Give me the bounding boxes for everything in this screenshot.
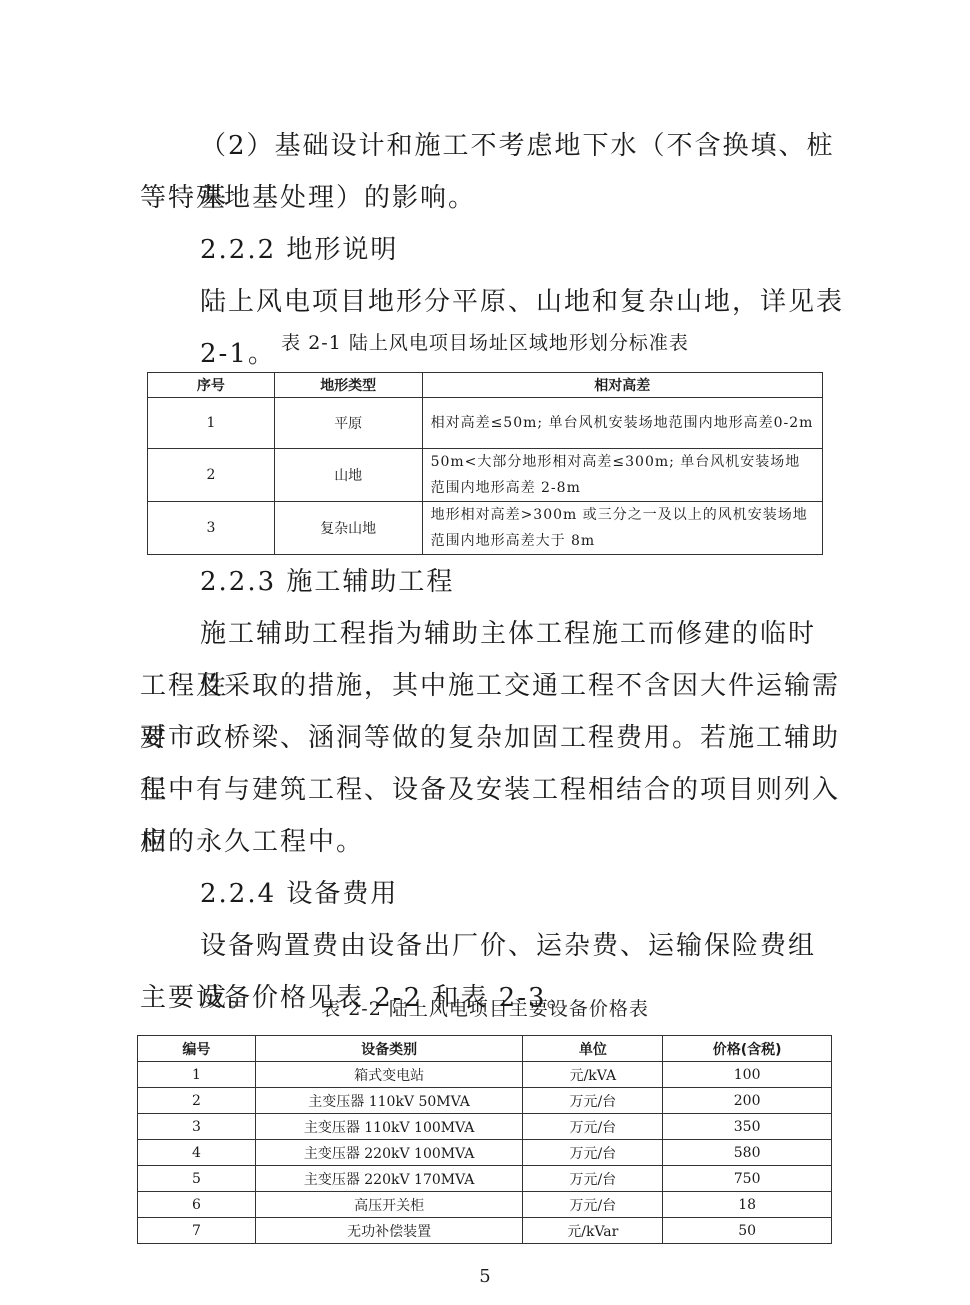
cell-unit: 元/kVA	[523, 1062, 663, 1088]
cell-unit: 万元/台	[523, 1114, 663, 1140]
header-no: 编号	[138, 1036, 256, 1062]
section-heading-2-2-4: 2.2.4 设备费用	[200, 868, 900, 920]
cell-price: 100	[663, 1062, 832, 1088]
cell-no: 3	[138, 1114, 256, 1140]
paragraph-aux-line5: 应的永久工程中。	[140, 816, 840, 868]
equipment-price-table: 编号 设备类别 单位 价格(含税) 1 箱式变电站 元/kVA 100 2 主变…	[137, 1035, 832, 1244]
section-heading-2-2-3: 2.2.3 施工辅助工程	[200, 556, 900, 608]
cell-no: 1	[148, 398, 275, 449]
cell-price: 350	[663, 1114, 832, 1140]
cell-price: 50	[663, 1218, 832, 1244]
header-relative-height: 相对高差	[422, 373, 822, 398]
section-heading-2-2-2: 2.2.2 地形说明	[200, 224, 900, 276]
table-row: 1 平原 相对高差≤50m; 单台风机安装场地范围内地形高差0-2m	[148, 398, 823, 449]
cell-unit: 万元/台	[523, 1088, 663, 1114]
cell-terrain-type: 复杂山地	[274, 502, 422, 555]
table-row: 2 山地 50m<大部分地形相对高差≤300m; 单台风机安装场地范围内地形高差…	[148, 449, 823, 502]
page-number: 5	[0, 1266, 970, 1287]
cell-equipment: 主变压器 110kV 50MVA	[255, 1088, 523, 1114]
cell-no: 2	[148, 449, 275, 502]
cell-unit: 元/kVar	[523, 1218, 663, 1244]
header-unit: 单位	[523, 1036, 663, 1062]
terrain-classification-table: 序号 地形类型 相对高差 1 平原 相对高差≤50m; 单台风机安装场地范围内地…	[147, 372, 823, 555]
table-row: 3 复杂山地 地形相对高差>300m 或三分之一及以上的风机安装场地范围内地形高…	[148, 502, 823, 555]
table-row: 2 主变压器 110kV 50MVA 万元/台 200	[138, 1088, 832, 1114]
cell-equipment: 高压开关柜	[255, 1192, 523, 1218]
cell-terrain-type: 平原	[274, 398, 422, 449]
cell-equipment: 箱式变电站	[255, 1062, 523, 1088]
cell-relative-height: 地形相对高差>300m 或三分之一及以上的风机安装场地范围内地形高差大于 8m	[422, 502, 822, 555]
cell-relative-height: 50m<大部分地形相对高差≤300m; 单台风机安装场地范围内地形高差 2-8m	[422, 449, 822, 502]
cell-price: 200	[663, 1088, 832, 1114]
cell-no: 1	[138, 1062, 256, 1088]
cell-no: 6	[138, 1192, 256, 1218]
header-price: 价格(含税)	[663, 1036, 832, 1062]
cell-unit: 万元/台	[523, 1166, 663, 1192]
cell-equipment: 主变压器 220kV 170MVA	[255, 1166, 523, 1192]
cell-no: 7	[138, 1218, 256, 1244]
cell-unit: 万元/台	[523, 1140, 663, 1166]
cell-no: 5	[138, 1166, 256, 1192]
cell-no: 2	[138, 1088, 256, 1114]
cell-equipment: 无功补偿装置	[255, 1218, 523, 1244]
header-equipment: 设备类别	[255, 1036, 523, 1062]
cell-price: 18	[663, 1192, 832, 1218]
header-terrain-type: 地形类型	[274, 373, 422, 398]
cell-equipment: 主变压器 110kV 100MVA	[255, 1114, 523, 1140]
table-row: 1 箱式变电站 元/kVA 100	[138, 1062, 832, 1088]
table-row: 3 主变压器 110kV 100MVA 万元/台 350	[138, 1114, 832, 1140]
cell-terrain-type: 山地	[274, 449, 422, 502]
cell-relative-height: 相对高差≤50m; 单台风机安装场地范围内地形高差0-2m	[422, 398, 822, 449]
table2-caption: 表 2-2 陆上风电项目主要设备价格表	[0, 994, 970, 1021]
table1-caption: 表 2-1 陆上风电项目场址区域地形划分标准表	[0, 328, 970, 355]
table-row: 5 主变压器 220kV 170MVA 万元/台 750	[138, 1166, 832, 1192]
table-header-row: 编号 设备类别 单位 价格(含税)	[138, 1036, 832, 1062]
cell-price: 750	[663, 1166, 832, 1192]
cell-no: 3	[148, 502, 275, 555]
cell-price: 580	[663, 1140, 832, 1166]
table-header-row: 序号 地形类型 相对高差	[148, 373, 823, 398]
table-row: 6 高压开关柜 万元/台 18	[138, 1192, 832, 1218]
cell-unit: 万元/台	[523, 1192, 663, 1218]
header-no: 序号	[148, 373, 275, 398]
table-row: 4 主变压器 220kV 100MVA 万元/台 580	[138, 1140, 832, 1166]
table-row: 7 无功补偿装置 元/kVar 50	[138, 1218, 832, 1244]
cell-equipment: 主变压器 220kV 100MVA	[255, 1140, 523, 1166]
paragraph-groundwater-line2: 等特殊地基处理）的影响。	[140, 172, 840, 224]
cell-no: 4	[138, 1140, 256, 1166]
